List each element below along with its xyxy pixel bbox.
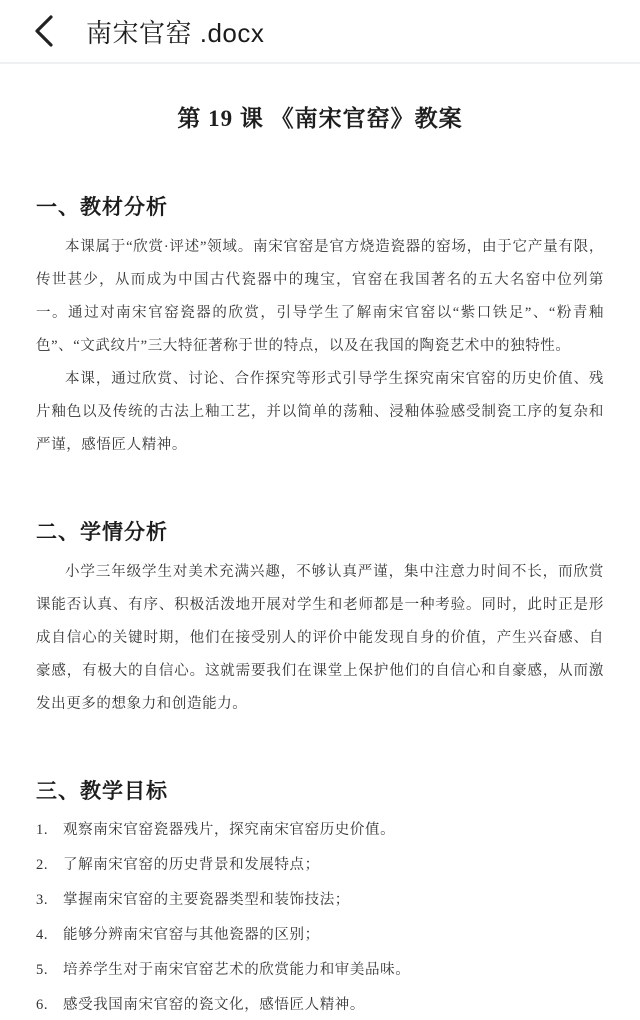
objective-number: 3.: [36, 883, 63, 918]
objective-item: 1. 观察南宋官窑瓷器残片，探究南宋官窑历史价值。: [36, 813, 604, 848]
titlebar: 南宋官窑 .docx: [0, 0, 640, 64]
file-title: 南宋官窑 .docx: [86, 13, 264, 50]
objective-number: 5.: [36, 953, 63, 988]
objective-text: 掌握南宋官窑的主要瓷器类型和装饰技法；: [63, 883, 350, 918]
paragraph: 本课，通过欣赏、讨论、合作探究等形式引导学生探究南宋官窑的历史价值、残片釉色以及…: [36, 363, 604, 462]
back-button[interactable]: [34, 13, 64, 49]
objective-text: 感受我国南宋官窑的瓷文化，感悟匠人精神。: [63, 988, 365, 1020]
paragraph: 本课属于“欣赏·评述”领域。南宋官窑是官方烧造瓷器的窑场，由于它产量有限，传世甚…: [36, 231, 604, 363]
document-page: 第 19 课 《南宋官窑》教案 一、教材分析 本课属于“欣赏·评述”领域。南宋官…: [0, 100, 640, 1020]
objective-text: 了解南宋官窑的历史背景和发展特点；: [63, 848, 320, 883]
paragraph: 小学三年级学生对美术充满兴趣，不够认真严谨，集中注意力时间不长，而欣赏课能否认真…: [36, 556, 604, 721]
objectives-list: 1. 观察南宋官窑瓷器残片，探究南宋官窑历史价值。 2. 了解南宋官窑的历史背景…: [36, 813, 604, 1020]
objective-item: 2. 了解南宋官窑的历史背景和发展特点；: [36, 848, 604, 883]
objective-item: 6. 感受我国南宋官窑的瓷文化，感悟匠人精神。: [36, 988, 604, 1020]
section-heading-material-analysis: 一、教材分析: [36, 191, 604, 221]
objective-text: 观察南宋官窑瓷器残片，探究南宋官窑历史价值。: [63, 813, 395, 848]
back-chevron-icon: [34, 15, 54, 47]
section-heading-teaching-objectives: 三、教学目标: [36, 775, 604, 805]
objective-item: 4. 能够分辨南宋官窑与其他瓷器的区别；: [36, 918, 604, 953]
objective-text: 能够分辨南宋官窑与其他瓷器的区别；: [63, 918, 320, 953]
objective-number: 2.: [36, 848, 63, 883]
document-title: 第 19 课 《南宋官窑》教案: [36, 100, 604, 133]
objective-number: 4.: [36, 918, 63, 953]
section-heading-learner-analysis: 二、学情分析: [36, 516, 604, 546]
objective-number: 6.: [36, 988, 63, 1020]
objective-item: 5. 培养学生对于南宋官窑艺术的欣赏能力和审美品味。: [36, 953, 604, 988]
objective-text: 培养学生对于南宋官窑艺术的欣赏能力和审美品味。: [63, 953, 410, 988]
objective-item: 3. 掌握南宋官窑的主要瓷器类型和装饰技法；: [36, 883, 604, 918]
objective-number: 1.: [36, 813, 63, 848]
